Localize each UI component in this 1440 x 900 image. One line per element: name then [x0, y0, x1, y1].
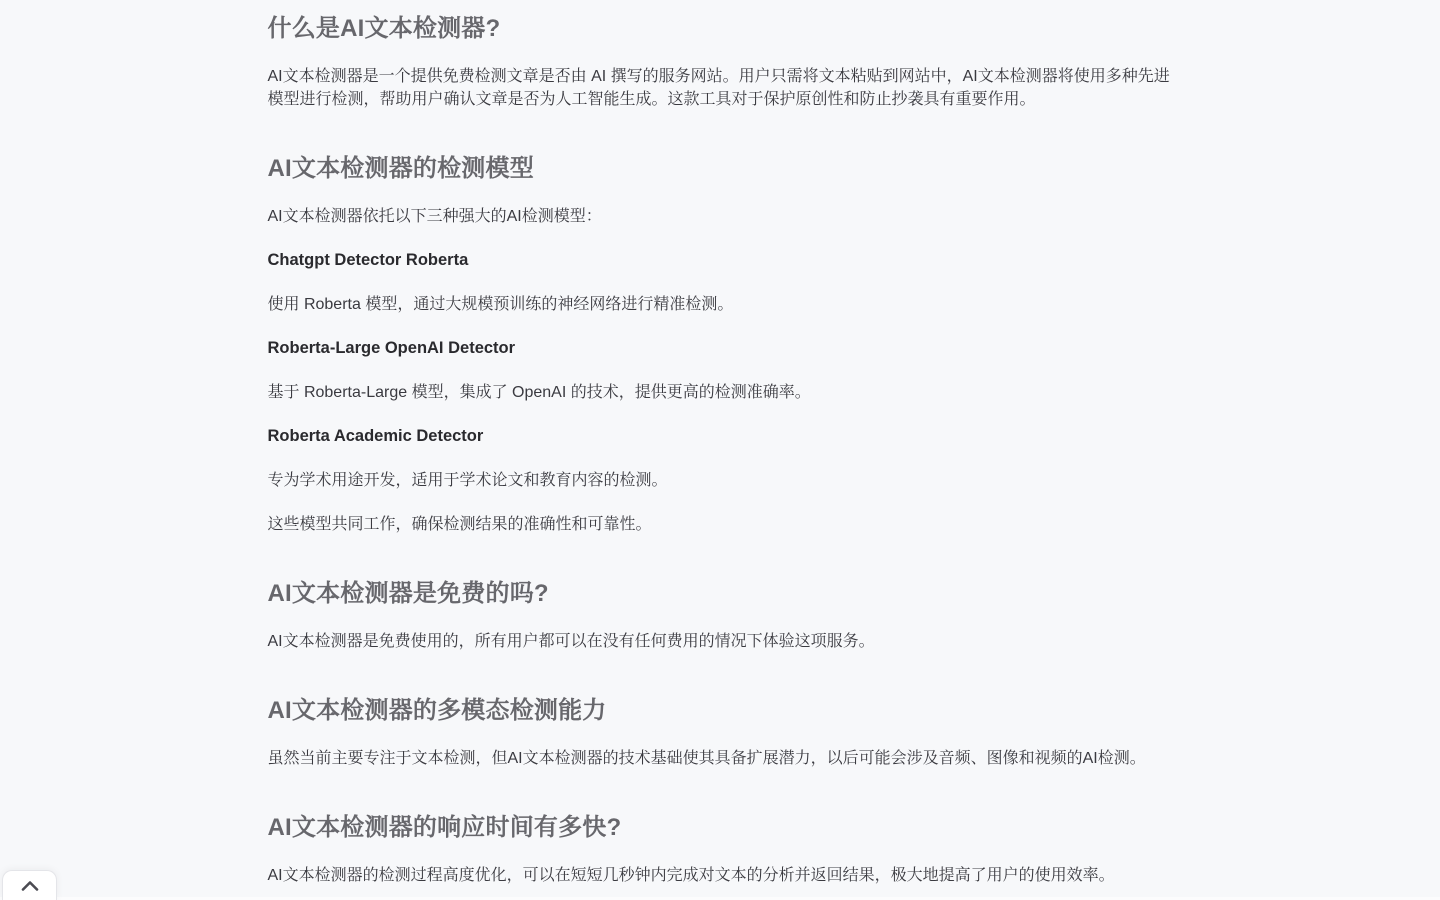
section-heading: AI文本检测器是免费的吗? [268, 578, 1173, 609]
paragraph: 使用 Roberta 模型，通过大规模预训练的神经网络进行精准检测。 [268, 293, 1173, 316]
model-name: Chatgpt Detector Roberta [268, 249, 1173, 272]
page: { "colors": { "page_background": "#f7f8f… [0, 0, 1440, 900]
paragraph: 这些模型共同工作，确保检测结果的准确性和可靠性。 [268, 513, 1173, 536]
faq-content: 什么是AI文本检测器?AI文本检测器是一个提供免费检测文章是否由 AI 撰写的服… [268, 0, 1173, 887]
chevron-up-icon [21, 881, 39, 891]
section-heading: AI文本检测器的多模态检测能力 [268, 695, 1173, 726]
paragraph: AI文本检测器是免费使用的，所有用户都可以在没有任何费用的情况下体验这项服务。 [268, 630, 1173, 653]
scroll-top-button[interactable] [2, 870, 57, 900]
paragraph: AI文本检测器是一个提供免费检测文章是否由 AI 撰写的服务网站。用户只需将文本… [268, 65, 1173, 111]
paragraph: 基于 Roberta-Large 模型，集成了 OpenAI 的技术，提供更高的… [268, 381, 1173, 404]
model-name: Roberta-Large OpenAI Detector [268, 337, 1173, 360]
section-heading: AI文本检测器的响应时间有多快? [268, 812, 1173, 843]
paragraph: AI文本检测器的检测过程高度优化，可以在短短几秒钟内完成对文本的分析并返回结果，… [268, 864, 1173, 887]
section-heading: AI文本检测器的检测模型 [268, 153, 1173, 184]
paragraph: 专为学术用途开发，适用于学术论文和教育内容的检测。 [268, 469, 1173, 492]
paragraph: 虽然当前主要专注于文本检测，但AI文本检测器的技术基础使其具备扩展潜力，以后可能… [268, 747, 1173, 770]
paragraph: AI文本检测器依托以下三种强大的AI检测模型： [268, 205, 1173, 228]
section-heading: 什么是AI文本检测器? [268, 13, 1173, 44]
model-name: Roberta Academic Detector [268, 425, 1173, 448]
